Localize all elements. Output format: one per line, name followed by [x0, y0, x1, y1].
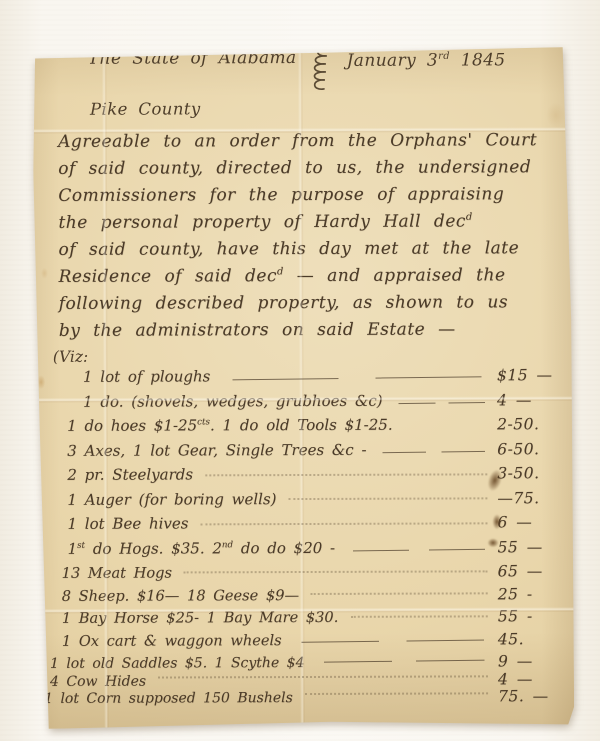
body-line: Commissioners for the purpose of apprais…: [58, 181, 566, 210]
date-line: January 3rd 1845: [347, 47, 506, 71]
county-line: Pike County: [90, 98, 572, 119]
ink-smudge: [492, 514, 501, 529]
document-paper: The State of Alabama January 3rd 1845 Pi…: [32, 47, 574, 729]
leader-line: [158, 675, 488, 678]
leader-line: [294, 639, 488, 643]
leader-line: [311, 593, 488, 596]
body-line: by the administrators on said Estate —: [59, 316, 567, 345]
body-line: of said county, have this day met at the…: [58, 235, 566, 264]
leader-line: [316, 659, 487, 663]
leader-line: [395, 402, 487, 405]
item-description: 1 do hoes $1-25cts. 1 do old Tools $1-25…: [67, 416, 393, 435]
body-line: of said county, directed to us, the unde…: [58, 154, 566, 183]
leader-line: [222, 376, 487, 381]
item-description: 3 Axes, 1 lot Gear, Single Trees &c -: [67, 440, 366, 459]
body-line: Residence of said decd — and appraised t…: [59, 262, 567, 291]
leader-line: [378, 451, 487, 454]
item-amount: 2-50.: [497, 415, 565, 433]
leader-line: [288, 498, 487, 501]
item-description: 1 Ox cart & waggon wheels: [62, 632, 282, 650]
item-amount: 45.: [498, 630, 566, 648]
leader-line: [200, 522, 487, 525]
leader-line: [205, 473, 487, 476]
item-description: 8 Sheep. $16— 18 Geese $9—: [62, 587, 299, 605]
leader-line: [184, 570, 488, 573]
brace-squiggle-icon: [307, 44, 333, 98]
body-line: the personal property of Hardy Hall decd: [58, 208, 566, 237]
item-amount: —75.: [497, 489, 565, 507]
photo-background: The State of Alabama January 3rd 1845 Pi…: [0, 0, 600, 741]
item-amount: 75. —: [498, 687, 566, 705]
leader-line: [347, 548, 487, 552]
viz-label: (Viz:: [53, 346, 573, 366]
item-description: 2 pr. Steelyards: [67, 465, 193, 483]
item-amount: 55 —: [498, 538, 566, 556]
item-amount: $15 —: [497, 366, 565, 384]
item-amount: 4 —: [498, 670, 566, 688]
item-amount: 65 —: [498, 562, 566, 580]
item-description: 1 lot Bee hives: [67, 514, 188, 532]
body-paragraph: Agreeable to an order from the Orphans' …: [58, 127, 567, 345]
item-description: 1 Auger (for boring wells): [67, 490, 276, 509]
ink-smudge: [488, 538, 499, 547]
leader-line: [405, 427, 488, 429]
item-description: 13 Meat Hogs: [62, 564, 172, 581]
item-description: 1 lot old Saddles $5. 1 Scythe $4: [50, 655, 305, 672]
state-line: The State of Alabama: [88, 48, 297, 69]
item-amount: 6-50.: [497, 440, 565, 458]
leader-line: [305, 693, 488, 696]
leader-line: [350, 615, 487, 617]
document-paper-shadow: The State of Alabama January 3rd 1845 Pi…: [33, 33, 573, 713]
item-description: 1 lot Corn supposed 150 Bushels: [44, 690, 293, 707]
item-amount: 6 —: [497, 513, 565, 531]
item-description: 4 Cow Hides: [50, 673, 146, 689]
item-amount: 3-50.: [497, 464, 565, 482]
item-amount: 9 —: [498, 652, 566, 670]
document-header: The State of Alabama January 3rd 1845: [88, 47, 564, 99]
body-line: following described property, as shown t…: [59, 289, 567, 318]
item-amount: 25 -: [498, 585, 566, 603]
